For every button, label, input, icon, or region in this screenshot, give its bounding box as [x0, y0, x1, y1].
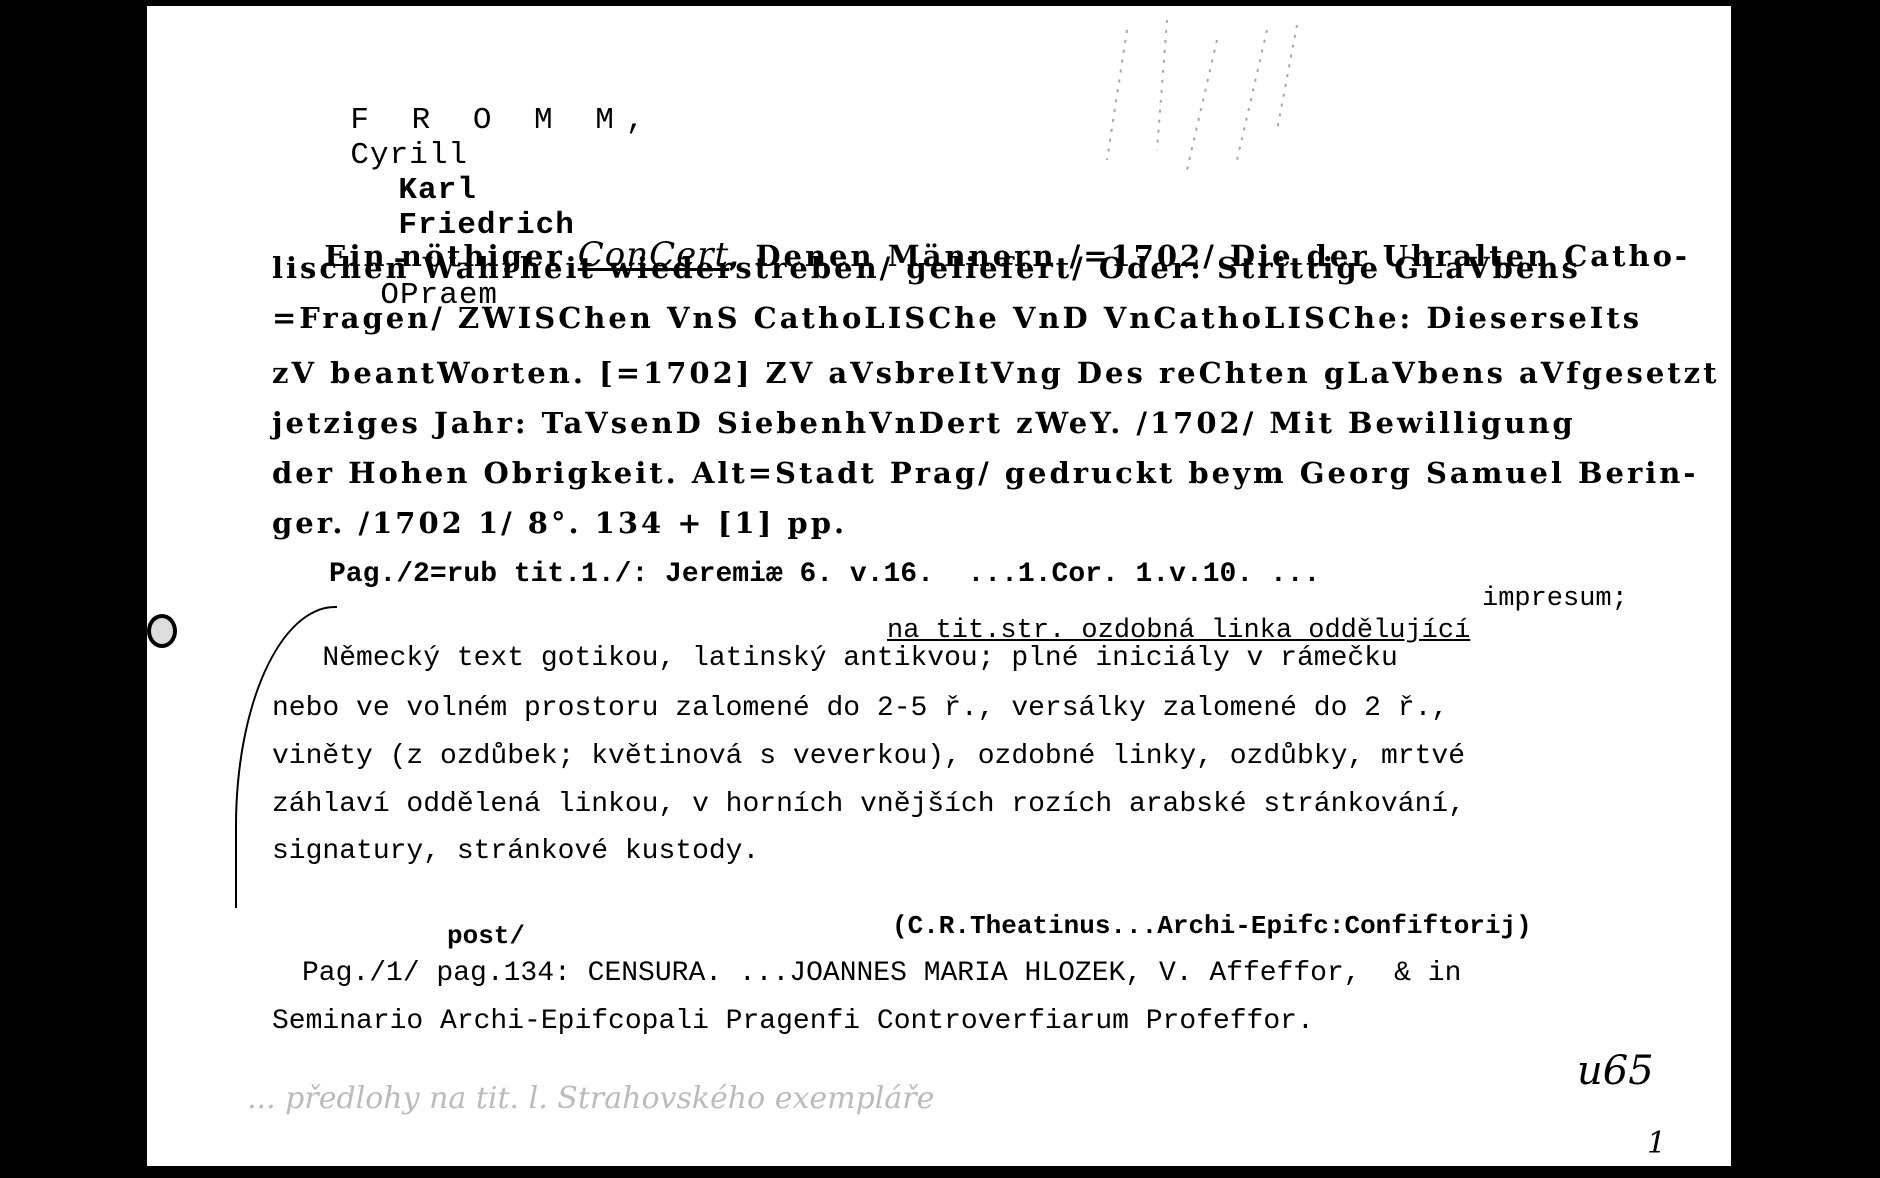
description-line: nebo ve volném prostoru zalomené do 2-5 … — [272, 693, 1448, 724]
title-text: zV beantWorten. [=1702] ZV aVsbreItVng D… — [272, 356, 1720, 390]
description-line: záhlaví oddělená linkou, v horních vnějš… — [272, 789, 1465, 820]
title-text: der Hohen Obrigkeit. Alt=Stadt Prag/ ged… — [272, 456, 1698, 490]
description-line: viněty (z ozdůbek; květinová s veverkou)… — [272, 741, 1465, 772]
title-line: zV beantWorten. [=1702] ZV aVsbreItVng D… — [272, 356, 1720, 390]
inserted-note: na tit.str. ozdobná linka oddělující — [887, 616, 1470, 646]
title-line: der Hohen Obrigkeit. Alt=Stadt Prag/ ged… — [272, 456, 1698, 490]
punch-hole — [147, 614, 177, 648]
reverse-title-note: Pag./2=rub tit.1./: Jeremiæ 6. v.16. ...… — [329, 559, 1320, 590]
card-sequence: 1 — [1647, 1126, 1666, 1161]
impresum-note: impresum; — [1482, 584, 1628, 614]
title-text: ger. /1702 1/ 8°. 134 + [1] pp. — [272, 506, 847, 540]
title-line: lischen Wahrheit wiederstreben/ geliefer… — [272, 251, 1581, 285]
surname: F R O M M, — [350, 103, 656, 138]
description-line: signatury, stránkové kustody. — [272, 836, 759, 867]
censura-line-2: Seminario Archi-Epifcopali Pragenfi Cont… — [272, 1006, 1314, 1037]
card-number: u65 — [1577, 1048, 1654, 1094]
title-text: jetziges Jahr: TaVsenD SiebenhVnDert zWe… — [272, 406, 1576, 440]
censura-line: Pag./1/ pag.134: CENSURA. ...JOANNES MAR… — [302, 958, 1461, 989]
title-line: jetziges Jahr: TaVsenD SiebenhVnDert zWe… — [272, 406, 1576, 440]
title-line: ger. /1702 1/ 8°. 134 + [1] pp. — [272, 506, 847, 540]
inserted-note-text: na tit.str. ozdobná linka oddělující — [887, 616, 1470, 646]
title-text: lischen Wahrheit wiederstreben/ geliefer… — [272, 251, 1581, 285]
title-line: =Fragen/ ZWISChen VnS CathoLISChe VnD Vn… — [272, 301, 1642, 335]
catalog-card: F R O M M, Cyrill Karl Friedrich - OPrae… — [147, 6, 1731, 1166]
description-line: Německý text gotikou, latinský antikvou;… — [272, 643, 1398, 674]
given-name: Cyrill — [350, 138, 468, 173]
faint-handwriting: ... předlohy na tit. l. Strahovského exe… — [247, 1081, 934, 1116]
censura-insert: (C.R.Theatinus...Archi-Epifc:Confiftorij… — [892, 911, 1532, 941]
title-text: =Fragen/ ZWISChen VnS CathoLISChe VnD Vn… — [272, 301, 1642, 335]
post-note: post/ — [447, 921, 525, 951]
faint-stamp-marks — [1067, 10, 1587, 180]
